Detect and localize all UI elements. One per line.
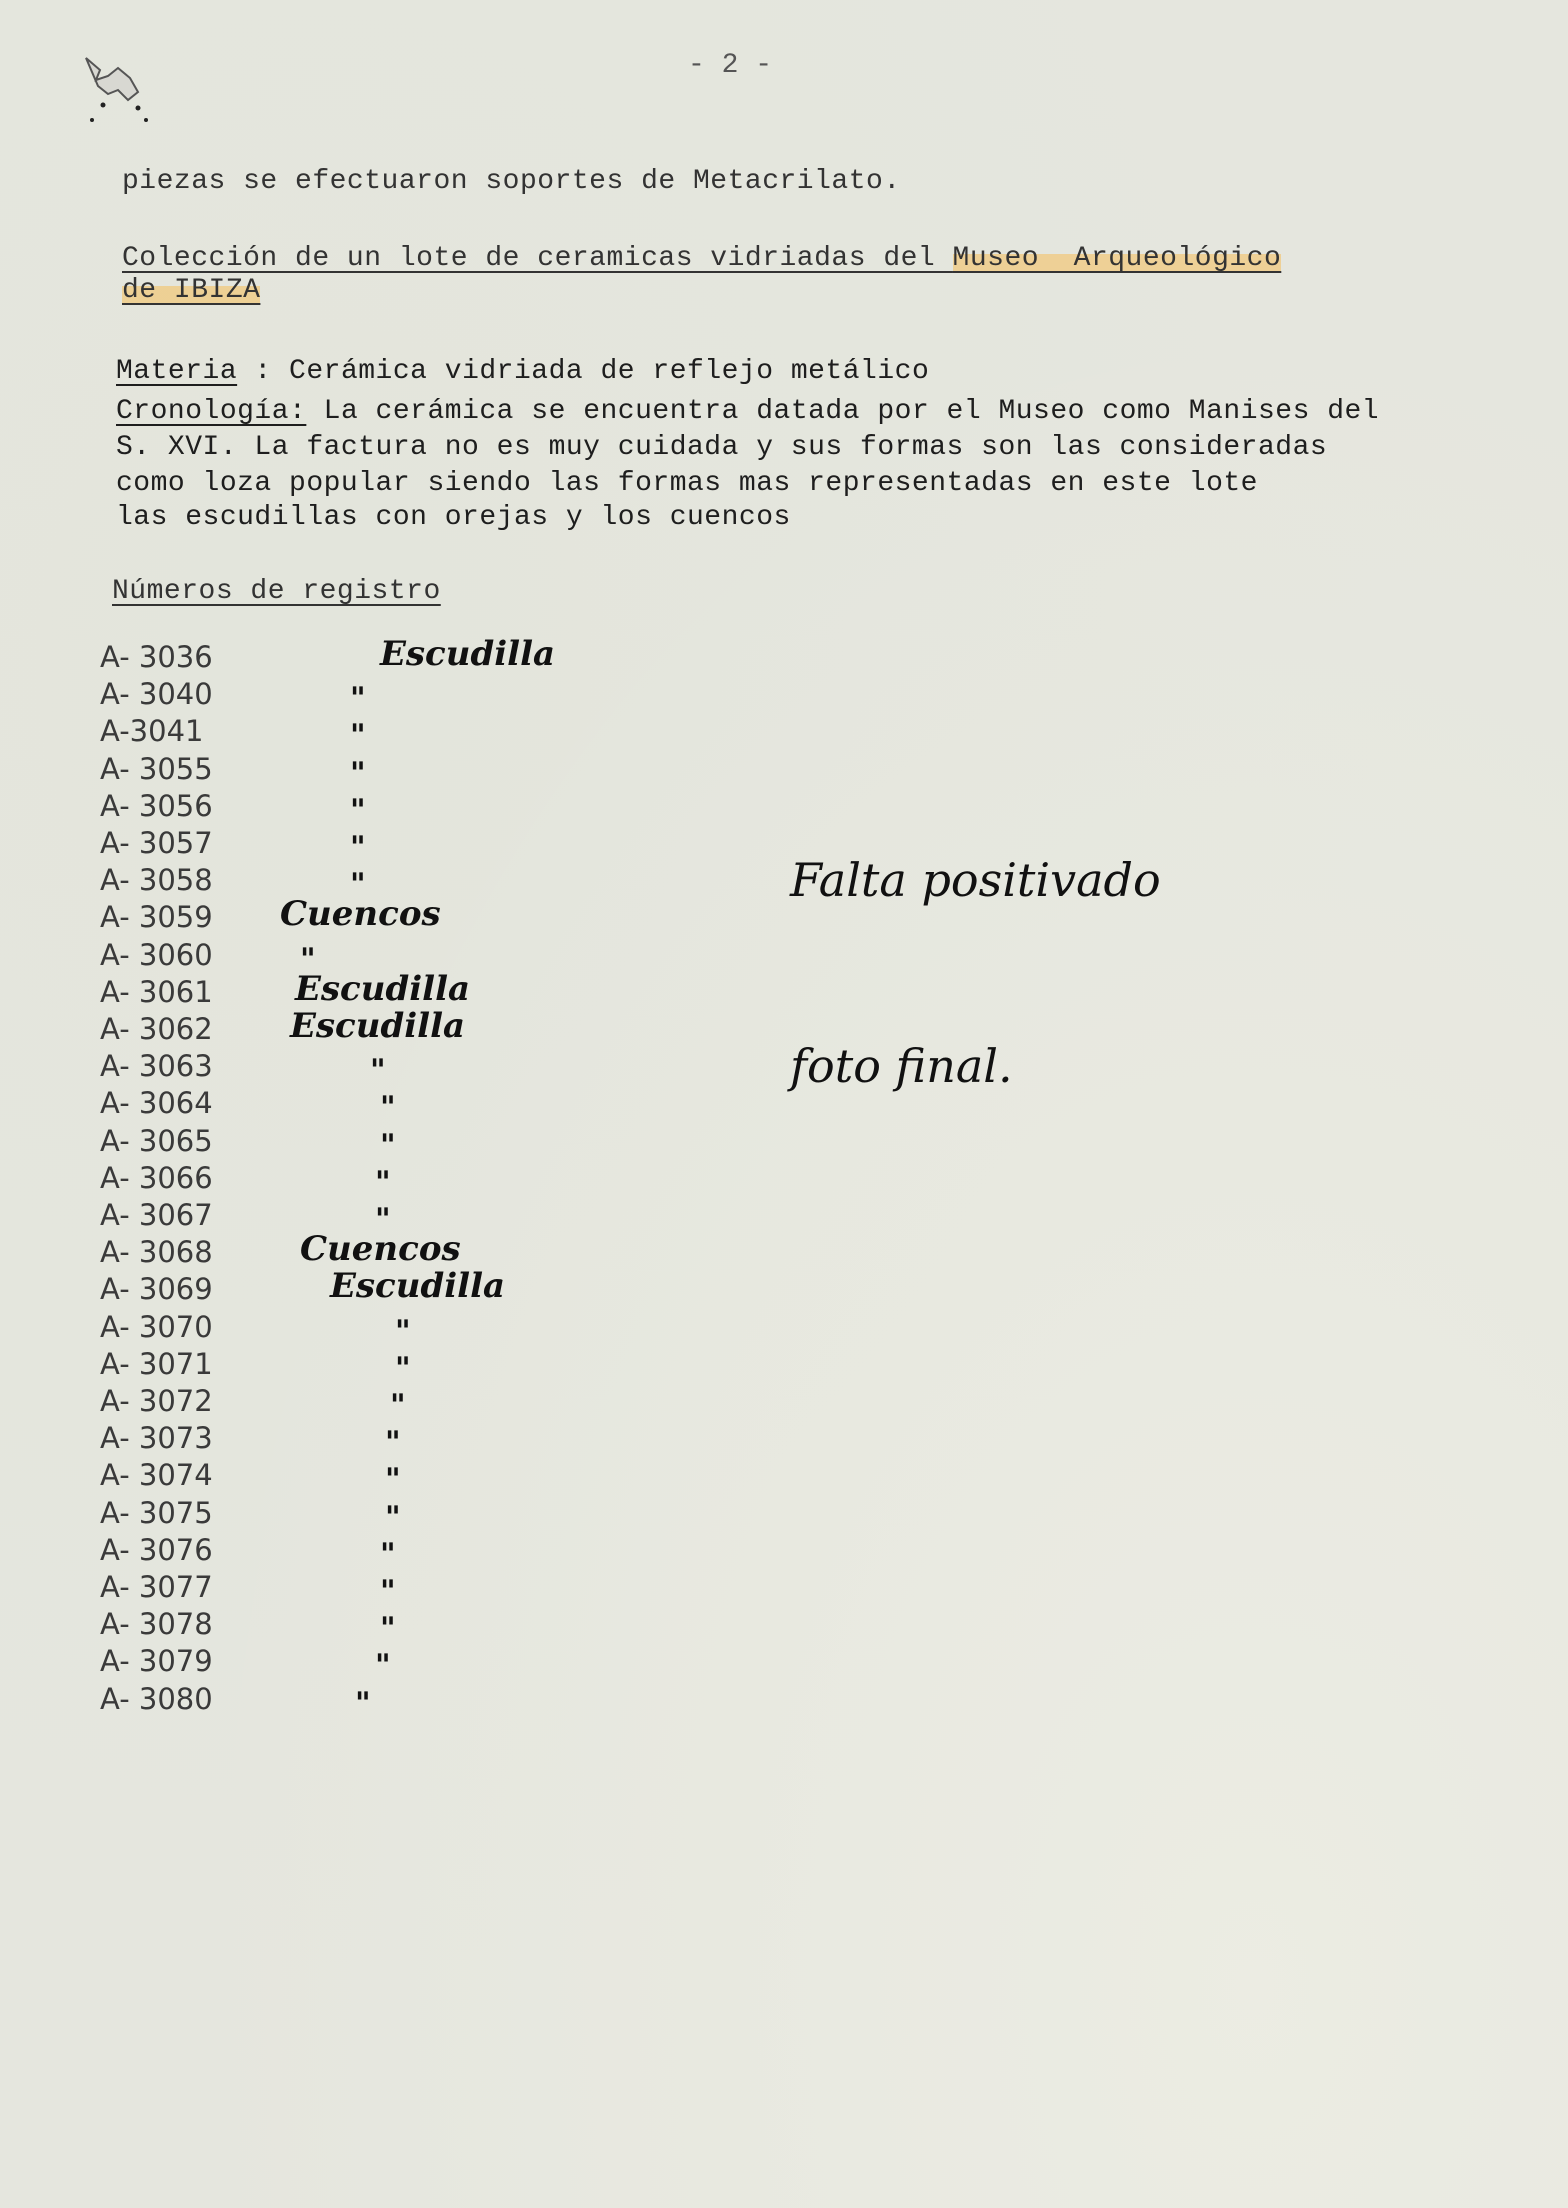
- registro-number: A- 3080: [100, 1682, 213, 1716]
- registro-number: A- 3057: [100, 826, 213, 860]
- registro-number: A- 3064: [100, 1086, 213, 1120]
- registro-number: A- 3059: [100, 900, 213, 934]
- ditto-mark: ": [350, 793, 366, 828]
- ditto-mark: ": [390, 1388, 406, 1423]
- ditto-mark: ": [385, 1425, 401, 1460]
- ditto-mark: ": [380, 1128, 396, 1163]
- registro-number: A- 3078: [100, 1607, 213, 1641]
- registro-heading-text: Números de registro: [112, 576, 441, 607]
- registro-number: A- 3060: [100, 938, 213, 972]
- ditto-mark: ": [380, 1574, 396, 1609]
- registro-type-note: Escudilla: [290, 1006, 465, 1046]
- registro-number: A- 3067: [100, 1198, 213, 1232]
- section-title-highlight: Museo Arqueológico: [953, 243, 1282, 274]
- registro-number: A-3041: [100, 714, 203, 748]
- ditto-mark: ": [395, 1351, 411, 1386]
- registro-type-note: Escudilla: [330, 1266, 505, 1306]
- section-title-line2: de IBIZA: [122, 275, 260, 307]
- registro-number: A- 3068: [100, 1235, 213, 1269]
- ditto-mark: ": [375, 1165, 391, 1200]
- section-title-line1: Colección de un lote de ceramicas vidria…: [122, 243, 1281, 275]
- staple-hole-mark: [78, 50, 208, 130]
- ditto-mark: ": [370, 1053, 386, 1088]
- section-title-text: Colección de un lote de ceramicas vidria…: [122, 243, 953, 274]
- registro-type-note: Escudilla: [380, 634, 555, 674]
- ditto-mark: ": [375, 1648, 391, 1683]
- cronologia-line3: como loza popular siendo las formas mas …: [116, 468, 1258, 500]
- registro-number: A- 3077: [100, 1570, 213, 1604]
- cronologia-line2: S. XVI. La factura no es muy cuidada y s…: [116, 432, 1327, 464]
- continuation-text: piezas se efectuaron soportes de Metacri…: [122, 166, 901, 198]
- ditto-mark: ": [395, 1314, 411, 1349]
- registro-number: A- 3066: [100, 1161, 213, 1195]
- registro-number: A- 3040: [100, 677, 213, 711]
- ditto-mark: ": [380, 1090, 396, 1125]
- registro-number: A- 3069: [100, 1272, 213, 1306]
- cronologia-line4: las escudillas con orejas y los cuencos: [116, 502, 791, 534]
- ditto-mark: ": [380, 1537, 396, 1572]
- registro-number: A- 3063: [100, 1049, 213, 1083]
- ditto-mark: ": [380, 1611, 396, 1646]
- ditto-mark: ": [355, 1686, 371, 1721]
- registro-number: A- 3072: [100, 1384, 213, 1418]
- registro-number: A- 3062: [100, 1012, 213, 1046]
- page-number: - 2 -: [688, 50, 772, 81]
- ditto-mark: ": [350, 756, 366, 791]
- registro-number: A- 3070: [100, 1310, 213, 1344]
- cronologia-line1: Cronología: La cerámica se encuentra dat…: [116, 396, 1379, 428]
- registro-number: A- 3074: [100, 1458, 213, 1492]
- ditto-mark: ": [350, 681, 366, 716]
- section-title-highlight-2: de IBIZA: [122, 275, 260, 306]
- paper-background: [0, 0, 1568, 2208]
- materia-separator: :: [237, 356, 289, 387]
- ditto-mark: ": [385, 1462, 401, 1497]
- ditto-mark: ": [350, 718, 366, 753]
- materia-line: Materia : Cerámica vidriada de reflejo m…: [116, 356, 929, 388]
- registro-number: A- 3079: [100, 1644, 213, 1678]
- registro-number: A- 3061: [100, 975, 213, 1009]
- cronologia-label: Cronología:: [116, 396, 306, 427]
- registro-heading: Números de registro: [112, 576, 441, 608]
- registro-number: A- 3065: [100, 1124, 213, 1158]
- registro-number: A- 3055: [100, 752, 213, 786]
- materia-label: Materia: [116, 356, 237, 387]
- registro-type-note: Escudilla: [295, 969, 470, 1009]
- registro-number: A- 3071: [100, 1347, 213, 1381]
- ditto-mark: ": [350, 830, 366, 865]
- registro-number: A- 3073: [100, 1421, 213, 1455]
- cronologia-text-1: La cerámica se encuentra datada por el M…: [306, 396, 1379, 427]
- registro-number: A- 3056: [100, 789, 213, 823]
- handwritten-note: Falta positivado foto final.: [790, 725, 1161, 1159]
- registro-number: A- 3036: [100, 640, 213, 674]
- handwritten-note-line2: foto final.: [790, 1035, 1161, 1097]
- registro-type-note: Cuencos: [300, 1229, 461, 1269]
- handwritten-note-line1: Falta positivado: [790, 849, 1161, 911]
- registro-number: A- 3058: [100, 863, 213, 897]
- registro-number: A- 3075: [100, 1496, 213, 1530]
- registro-number: A- 3076: [100, 1533, 213, 1567]
- ditto-mark: ": [385, 1500, 401, 1535]
- registro-type-note: Cuencos: [280, 894, 441, 934]
- materia-value: Cerámica vidriada de reflejo metálico: [289, 356, 929, 387]
